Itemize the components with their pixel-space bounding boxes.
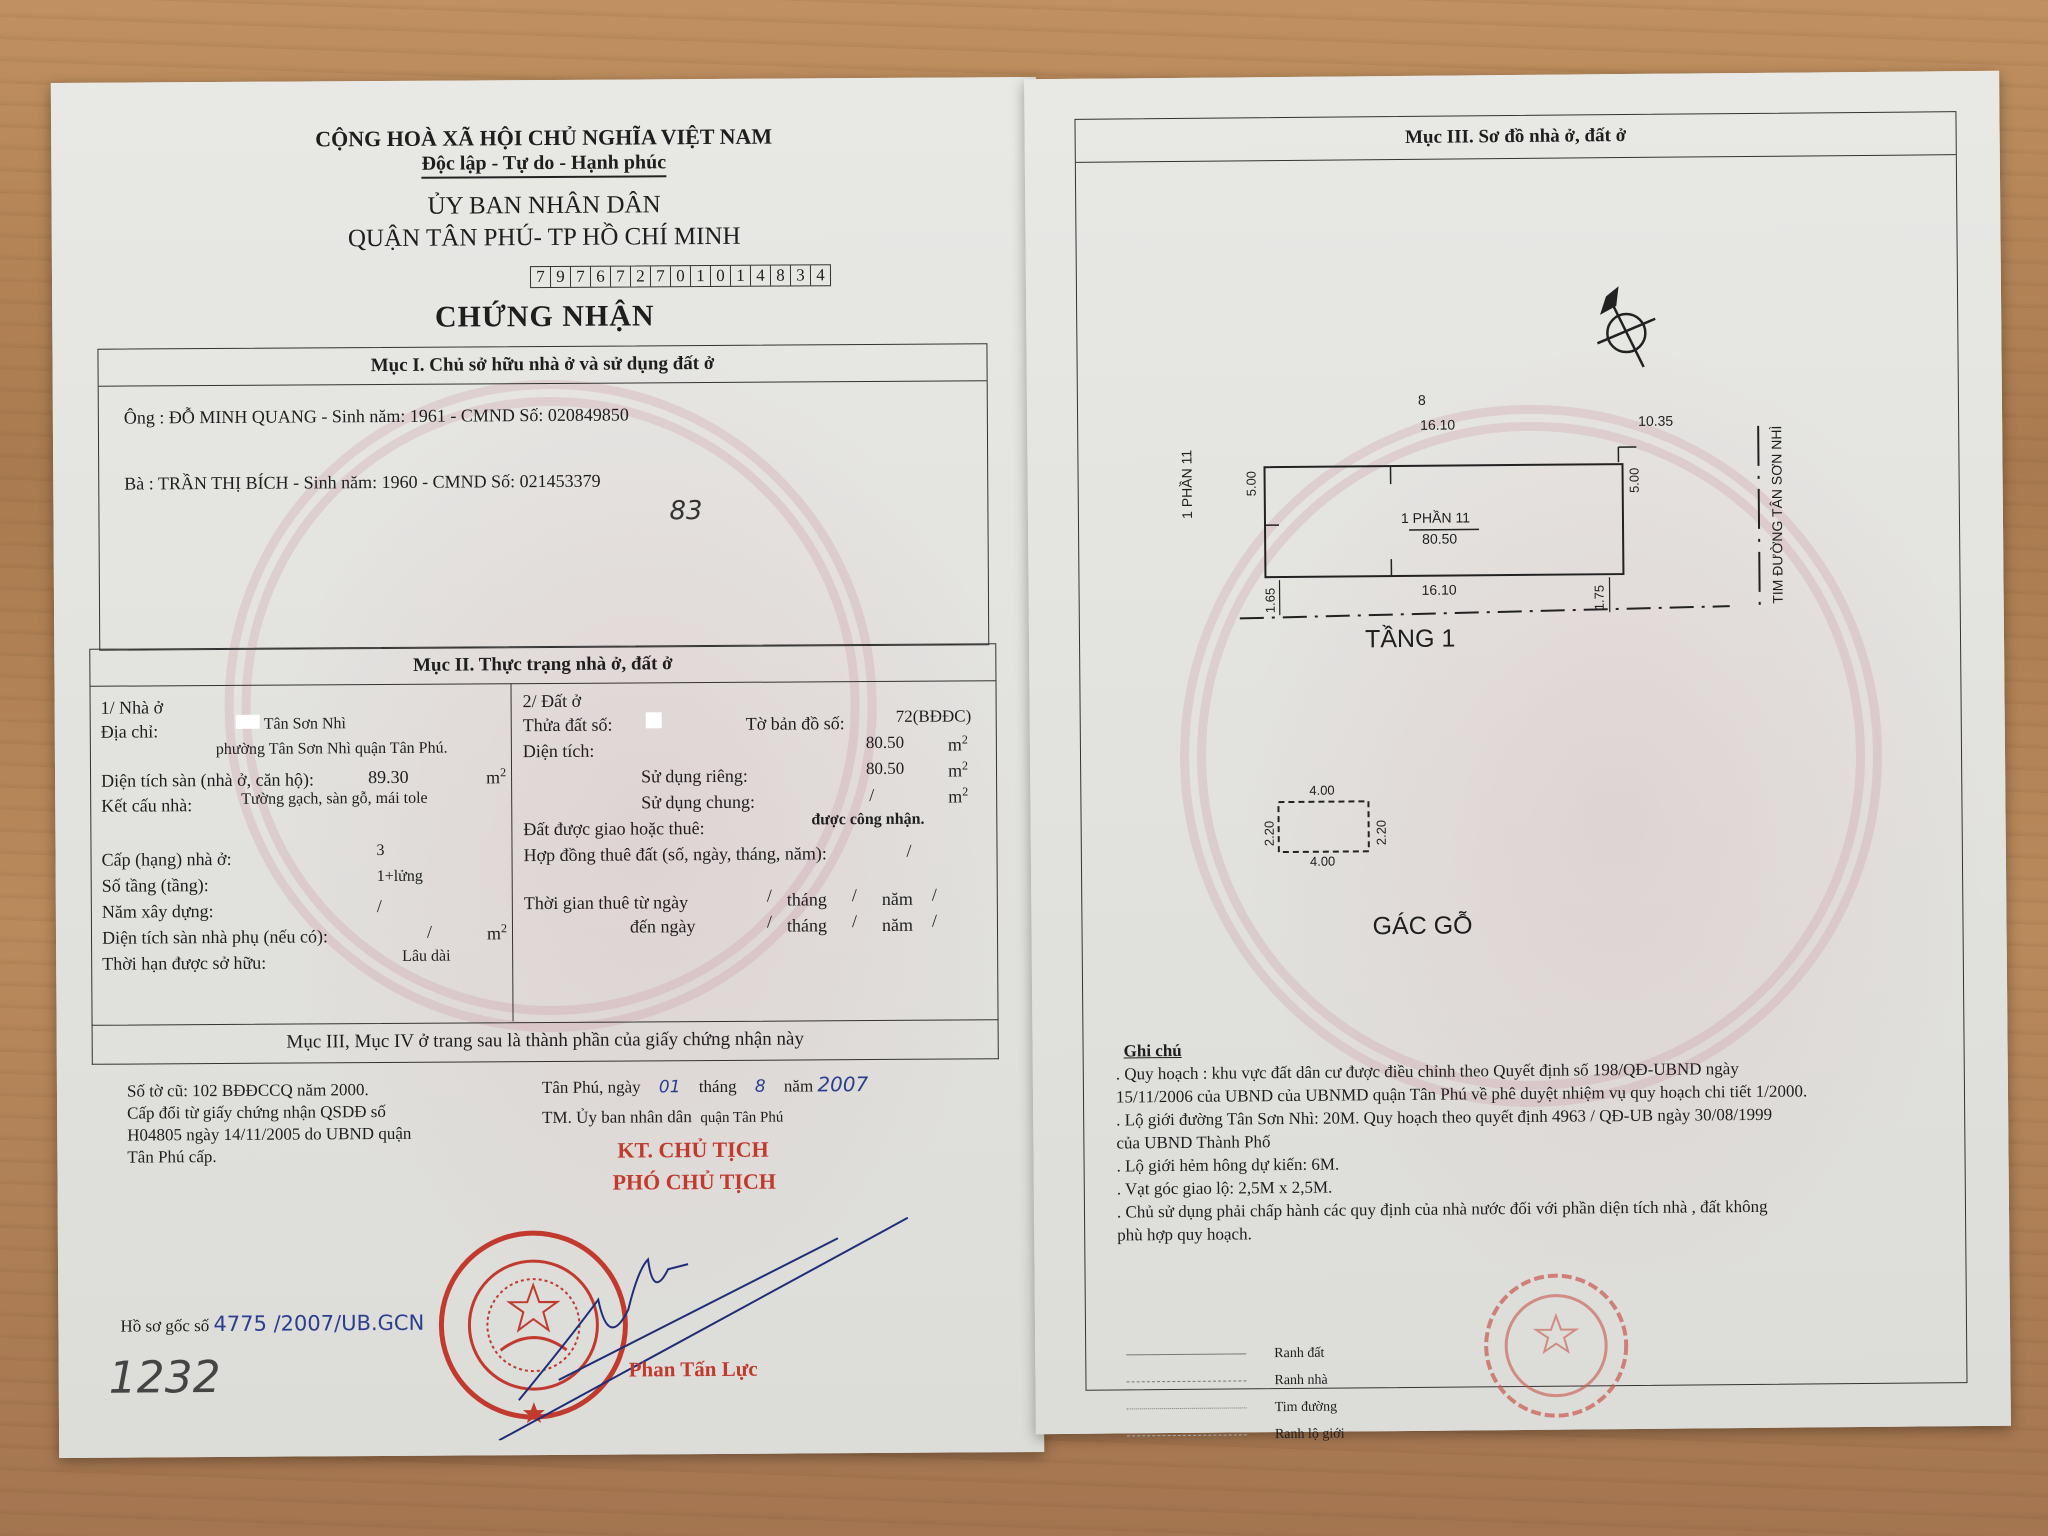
floors-label: Số tầng (tầng):	[102, 875, 209, 897]
section-2-status: Mục II. Thực trạng nhà ở, đất ở 1/ Nhà ở…	[89, 643, 998, 1026]
loft-left-width: 2.20	[1262, 821, 1277, 846]
certificate-number-digit: 2	[631, 266, 651, 286]
certificate-number-digit: 7	[611, 266, 631, 286]
old-record-line: Số tờ cũ: 102 BĐĐCCQ năm 2000.	[127, 1079, 411, 1103]
signer-name: Phan Tấn Lực	[629, 1357, 758, 1383]
lease-from-month: /	[852, 885, 857, 906]
loft-right-width: 2.20	[1374, 820, 1389, 845]
private-use-label: Sử dụng riêng:	[641, 766, 748, 788]
certificate-left-page: CỘNG HOÀ XÃ HỘI CHỦ NGHĨA VIỆT NAM Độc l…	[51, 77, 1044, 1458]
legend-item: Ranh đất	[1126, 1340, 1344, 1369]
issue-date-line: Tân Phú, ngày 01 tháng 8 năm 2007	[542, 1072, 869, 1098]
section-1-title: Mục I. Chủ sở hữu nhà ở và sử dụng đất ở	[98, 344, 986, 386]
floors-value: 1+lửng	[377, 868, 423, 886]
allocation-value: được công nhận.	[811, 811, 924, 830]
old-record-line: Cấp đổi từ giấy chứng nhận QSDĐ số	[127, 1101, 411, 1125]
floor-area-value: 89.30	[368, 767, 409, 788]
setback-left: 1.65	[1263, 588, 1278, 613]
issuer-line-1: ỦY BAN NHÂN DÂN	[51, 189, 1036, 223]
grade-value: 3	[376, 842, 384, 860]
loft-outline	[1278, 801, 1368, 852]
area-value: 80.50	[866, 733, 904, 753]
certificate-number-digit: 1	[691, 266, 711, 286]
handwritten-bottom-number: 1232	[109, 1352, 221, 1404]
legend-item: Ranh lộ giới	[1127, 1421, 1345, 1450]
handwritten-note: 83	[669, 496, 702, 526]
certificate-number: 797672701014834	[530, 264, 831, 288]
old-record-line: Tân Phú cấp.	[127, 1145, 411, 1169]
certificate-number-digit: 6	[591, 267, 611, 287]
lease-from-label: Thời gian thuê từ ngày	[524, 892, 688, 914]
house-column: 1/ Nhà ở Địa chỉ: Tân Sơn Nhì phường Tân…	[90, 683, 513, 1024]
year-built-value: /	[377, 896, 382, 917]
motto: Độc lập - Tự do - Hạnh phúc	[51, 149, 1036, 178]
file-number-line: Hồ sơ gốc số 4775 /2007/UB.GCN	[120, 1311, 424, 1337]
certificate-number-digit: 0	[671, 266, 691, 286]
issue-year: 2007	[817, 1072, 868, 1096]
parcel-label: 1 PHẦN 11	[1401, 509, 1470, 526]
on-behalf-line: TM. Ủy ban nhân dân quận Tân Phú	[542, 1107, 783, 1128]
official-stamp-and-signature	[437, 1148, 919, 1441]
owner-row-2: Bà : TRẦN THỊ BÍCH - Sinh năm: 1960 - CM…	[124, 471, 600, 495]
loft-top-length: 4.00	[1309, 783, 1334, 798]
private-use-unit: m2	[948, 758, 968, 781]
house-heading: 1/ Nhà ở	[101, 697, 164, 718]
left-width: 5.00	[1244, 471, 1259, 496]
lease-to-month-label: tháng	[787, 915, 827, 936]
lease-to-year: /	[932, 911, 937, 932]
parcel-label: Thửa đất số:	[523, 715, 613, 737]
owner-row-1: Ông : ĐỖ MINH QUANG - Sinh năm: 1961 - C…	[124, 404, 629, 428]
faded-stamp-icon	[1465, 1265, 1646, 1427]
certificate-number-digit: 8	[771, 266, 791, 286]
old-record-block: Số tờ cũ: 102 BĐĐCCQ năm 2000. Cấp đổi t…	[127, 1079, 412, 1169]
loft-bottom-length: 4.00	[1310, 854, 1335, 869]
lease-from-year: /	[932, 885, 937, 906]
aux-area-label: Diện tích sàn nhà phụ (nếu có):	[102, 926, 328, 948]
section-1-owners: Mục I. Chủ sở hữu nhà ở và sử dụng đất ở…	[97, 343, 989, 650]
road-name-label: TIM ĐƯỜNG TÂN SƠN NHÌ	[1768, 426, 1786, 604]
lease-to-day: /	[767, 912, 772, 933]
ownership-term-label: Thời hạn được sở hữu:	[102, 953, 266, 975]
section-3-frame: Mục III. Sơ đồ nhà ở, đất ở	[1074, 111, 1967, 1391]
legend-item: Ranh nhà	[1126, 1367, 1344, 1396]
road-centerline	[1240, 606, 1730, 618]
lease-from-year-label: năm	[882, 889, 913, 910]
legend-item: Tim đường	[1127, 1394, 1345, 1423]
right-width: 5.00	[1627, 468, 1642, 493]
bottom-length: 16.10	[1422, 582, 1457, 598]
certificate-number-digit: 7	[571, 267, 591, 287]
map-sheet-label: Tờ bản đồ số:	[746, 713, 845, 735]
road-offset: 10.35	[1638, 413, 1673, 429]
land-column: 2/ Đất ở Thửa đất số: Tờ bản đồ số: 72(B…	[510, 680, 997, 1021]
issue-day: 01	[659, 1077, 681, 1097]
site-plan-drawing	[1076, 154, 1963, 982]
lease-contract-value: /	[906, 841, 911, 862]
issuer-line-2: QUẬN TÂN PHÚ- TP HỒ CHÍ MINH	[52, 221, 1037, 255]
address-line-2: phường Tân Sơn Nhì quận Tân Phú.	[216, 740, 448, 759]
lease-to-label: đến ngày	[630, 916, 696, 937]
area-unit: m2	[948, 732, 968, 755]
shared-use-value: /	[869, 785, 874, 806]
plan-legend: Ranh đất Ranh nhà Tim đường Ranh lộ giới	[1126, 1340, 1345, 1450]
allocation-label: Đất được giao hoặc thuê:	[523, 818, 704, 840]
land-heading: 2/ Đất ở	[523, 691, 582, 712]
notes-list: . Quy hoạch : khu vực đất dân cư được đi…	[1116, 1056, 1809, 1246]
grade-label: Cấp (hạng) nhà ở:	[101, 849, 231, 871]
parcel-area: 80.50	[1422, 531, 1457, 547]
file-number-value: 4775 /2007/UB.GCN	[213, 1311, 424, 1336]
certificate-number-digit: 3	[791, 265, 811, 285]
certificate-number-digit: 1	[731, 266, 751, 286]
address-line-1: Tân Sơn Nhì	[236, 714, 346, 734]
map-sheet-value: 72(BĐĐC)	[896, 706, 972, 726]
structure-label: Kết cấu nhà:	[101, 795, 192, 817]
certificate-number-digit: 9	[551, 267, 571, 287]
aux-area-value: /	[427, 922, 432, 943]
shared-use-label: Sử dụng chung:	[641, 792, 755, 814]
west-neighbor-label: 1 PHẦN 11	[1178, 450, 1195, 519]
lease-to-year-label: năm	[882, 915, 913, 936]
ownership-term-value: Lâu dài	[402, 948, 451, 966]
notes-title: Ghi chú	[1124, 1041, 1182, 1062]
certificate-number-digit: 4	[751, 266, 771, 286]
floor-1-label: TẦNG 1	[1365, 625, 1456, 655]
lease-from-day: /	[767, 886, 772, 907]
certificate-title: CHỨNG NHẬN	[52, 297, 1037, 337]
attachment-note: Mục III, Mục IV ở trang sau là thành phầ…	[92, 1018, 999, 1065]
shared-use-unit: m2	[948, 784, 968, 807]
north-arrow-icon	[1597, 289, 1656, 368]
private-use-value: 80.50	[866, 759, 904, 779]
old-record-line: H04805 ngày 14/11/2005 do UBND quận	[127, 1123, 411, 1147]
address-label: Địa chỉ:	[101, 721, 159, 742]
floor-area-label: Diện tích sàn (nhà ở, căn hộ):	[101, 769, 314, 791]
certificate-number-digit: 7	[651, 266, 671, 286]
setback-right: 1.75	[1592, 585, 1607, 610]
north-neighbor-label: 8	[1418, 392, 1426, 408]
lease-from-month-label: tháng	[787, 889, 827, 910]
certificate-number-digit: 0	[711, 266, 731, 286]
top-length: 16.10	[1420, 417, 1455, 433]
signature-icon	[498, 1218, 909, 1441]
certificate-right-page: Mục III. Sơ đồ nhà ở, đất ở	[1024, 71, 2011, 1434]
area-label: Diện tích:	[523, 741, 595, 762]
redacted-house-number	[236, 715, 260, 729]
issue-month: 8	[755, 1077, 766, 1097]
certificate-number-digit: 7	[531, 267, 551, 287]
note-line: phù hợp quy hoạch.	[1117, 1217, 1808, 1246]
year-built-label: Năm xây dựng:	[102, 901, 214, 923]
red-stamp-icon	[441, 1233, 626, 1424]
structure-value: Tường gạch, sàn gỗ, mái tole	[241, 790, 428, 809]
lease-to-month: /	[852, 911, 857, 932]
floor-area-unit: m2	[486, 765, 506, 788]
loft-label: GÁC GỖ	[1372, 911, 1472, 941]
lease-contract-label: Hợp đồng thuê đất (số, ngày, tháng, năm)…	[523, 843, 826, 866]
redacted-parcel-number	[646, 712, 662, 728]
certificate-number-digit: 4	[811, 265, 830, 285]
aux-area-unit: m2	[487, 921, 507, 944]
